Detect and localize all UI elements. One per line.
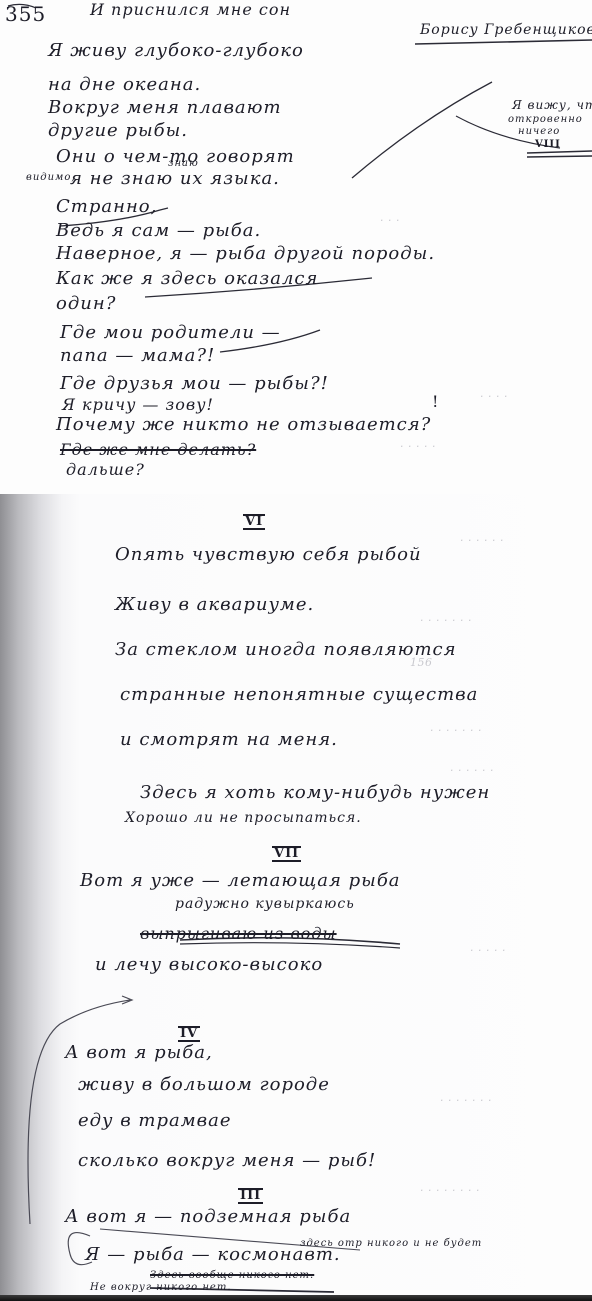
poem-line: и лечу высоко-высоко <box>95 954 323 975</box>
poem-line: Как же я здесь оказался <box>56 268 318 289</box>
page-bottom-edge <box>0 1295 592 1301</box>
margin-mark: ! <box>432 392 439 411</box>
poem-line: Наверное, я — рыба другой породы. <box>56 243 435 264</box>
poem-line: странные непонятные существа <box>120 684 478 705</box>
margin-note-numeral: VIII <box>535 139 561 150</box>
poem-heading: И приснился мне сон <box>90 0 291 19</box>
section-numeral: VII <box>272 846 301 862</box>
poem-line: еду в трамвае <box>78 1110 232 1131</box>
poem-line: Вот я уже — летающая рыба <box>80 870 401 891</box>
section-numeral: IV <box>178 1026 200 1042</box>
poem-line: радужно кувыркаюсь <box>175 896 355 912</box>
poem-line: папа — мама?! <box>60 345 215 366</box>
poem-line: Почему же никто не отзывается? <box>56 414 431 435</box>
poem-line: Вокруг меня плавают <box>48 97 282 118</box>
poem-line: Где мои родители — <box>60 322 281 343</box>
poem-line: Не вокруг никого нет. <box>90 1282 232 1293</box>
poem-line: Ведь я сам — рыба. <box>56 220 261 241</box>
poem-line-struck: Где же мне делать? <box>60 440 256 459</box>
poem-line: Я живу глубоко-глубоко <box>48 40 304 61</box>
poem-line: Я кричу — зову! <box>62 395 214 414</box>
poem-line: Где друзья мои — рыбы?! <box>60 373 329 394</box>
margin-insertion: видимо, <box>26 172 76 183</box>
struck-line: Здесь вообще никого нет. <box>150 1270 314 1281</box>
page-number: 355 <box>5 2 46 26</box>
dedication-note: Борису Гребенщикову <box>420 22 592 38</box>
poem-line: Странно, <box>56 196 157 217</box>
poem-line: А вот я рыба, <box>65 1042 213 1063</box>
poem-line: Опять чувствую себя рыбой <box>115 544 422 565</box>
section-numeral: VI <box>243 514 265 530</box>
poem-line: и смотрят на меня. <box>120 729 338 750</box>
manuscript-page-1: 355 И приснился мне сон Борису Гребенщик… <box>0 0 592 494</box>
poem-line: Хорошо ли не просыпаться. <box>125 810 362 826</box>
margin-note-line-1: Я вижу, что <box>512 98 592 112</box>
poem-line: я не знаю их языка. <box>70 168 280 189</box>
section-numeral: III <box>238 1188 263 1204</box>
poem-line: сколько вокруг меня — рыб! <box>78 1150 376 1171</box>
margin-note-line-3: ничего <box>518 126 560 137</box>
poem-line: другие рыбы. <box>48 120 188 141</box>
poem-line: Здесь я хоть кому-нибудь нужен <box>140 782 490 803</box>
poem-line: на дне океана. <box>48 74 201 95</box>
poem-line-struck: выпрыгиваю из воды <box>140 924 337 943</box>
margin-note-line-2: откровенно <box>508 114 583 125</box>
poem-line: А вот я — подземная рыба <box>65 1206 351 1227</box>
poem-line: живу в большом городе <box>78 1074 330 1095</box>
poem-line: Живу в аквариуме. <box>115 594 314 615</box>
poem-line: дальше? <box>66 460 145 479</box>
poem-line: Я — рыба — космонавт. <box>85 1244 341 1265</box>
poem-line: За стеклом иногда появляются <box>115 639 457 660</box>
poem-line: один? <box>56 293 116 314</box>
manuscript-page-2: VI Опять чувствую себя рыбой Живу в аква… <box>0 494 592 1295</box>
